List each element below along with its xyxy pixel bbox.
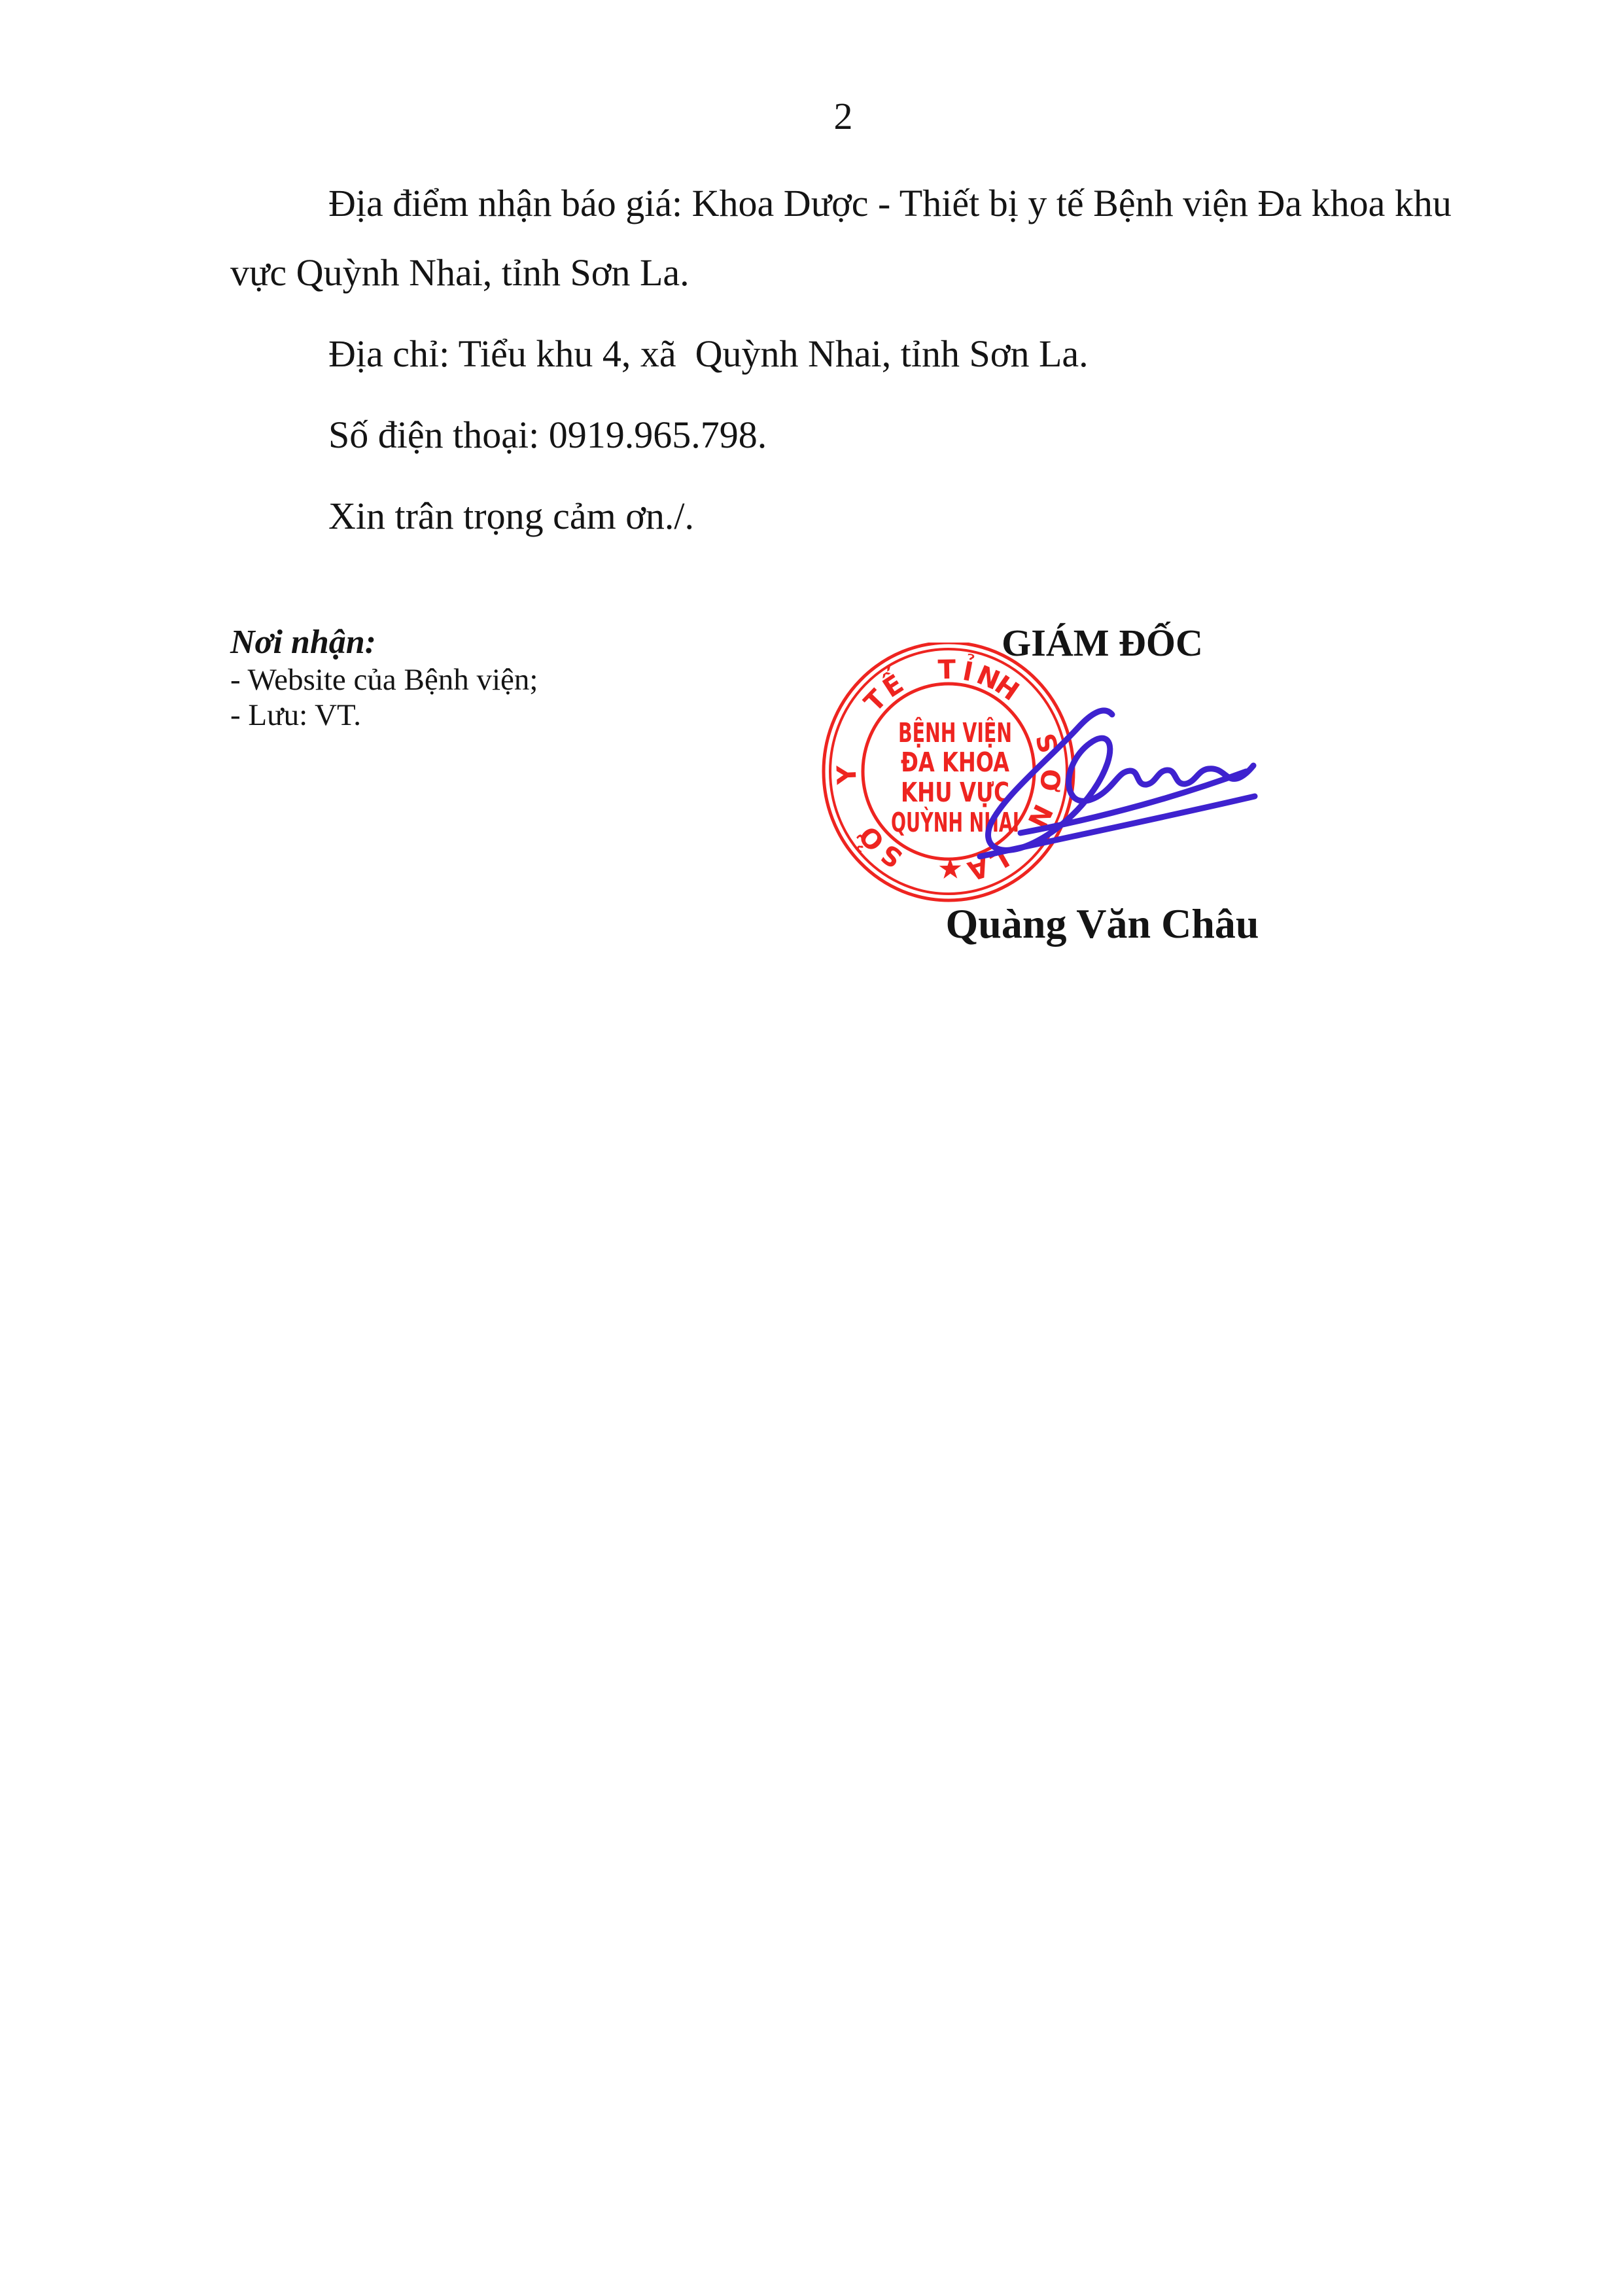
text-line: Địa chỉ: Tiểu khu 4, xã Quỳnh Nhai, tỉnh… [230, 319, 1456, 389]
signature-stroke [980, 796, 1255, 857]
recipients-title: Nơi nhận: [230, 623, 538, 662]
paragraph-phone: Số điện thoại: 0919.965.798. [230, 400, 1456, 470]
stamp-ring-letter: Y [832, 764, 863, 786]
document-page: 2 Địa điểm nhận báo giá: Khoa Dược - Thi… [0, 0, 1623, 2296]
paragraph-thanks: Xin trân trọng cảm ơn./. [230, 482, 1456, 551]
stamp-ring-letter: T [937, 655, 956, 685]
handwritten-signature-icon [958, 690, 1272, 870]
text-line: Địa điểm nhận báo giá: Khoa Dược - Thiết… [230, 169, 1456, 238]
text-line: Xin trân trọng cảm ơn./. [230, 482, 1456, 551]
recipient-item: - Website của Bệnh viện; [230, 662, 538, 698]
recipients-block: Nơi nhận: - Website của Bệnh viện; - Lưu… [230, 623, 538, 733]
paragraph-address: Địa chỉ: Tiểu khu 4, xã Quỳnh Nhai, tỉnh… [230, 319, 1456, 389]
paragraph-quote-location: Địa điểm nhận báo giá: Khoa Dược - Thiết… [230, 169, 1456, 308]
page-number: 2 [230, 82, 1456, 151]
text-line: vực Quỳnh Nhai, tỉnh Sơn La. [230, 238, 1456, 308]
recipient-item: - Lưu: VT. [230, 698, 538, 733]
signer-name: Quàng Văn Châu [932, 900, 1272, 947]
text-line: Số điện thoại: 0919.965.798. [230, 400, 1456, 470]
